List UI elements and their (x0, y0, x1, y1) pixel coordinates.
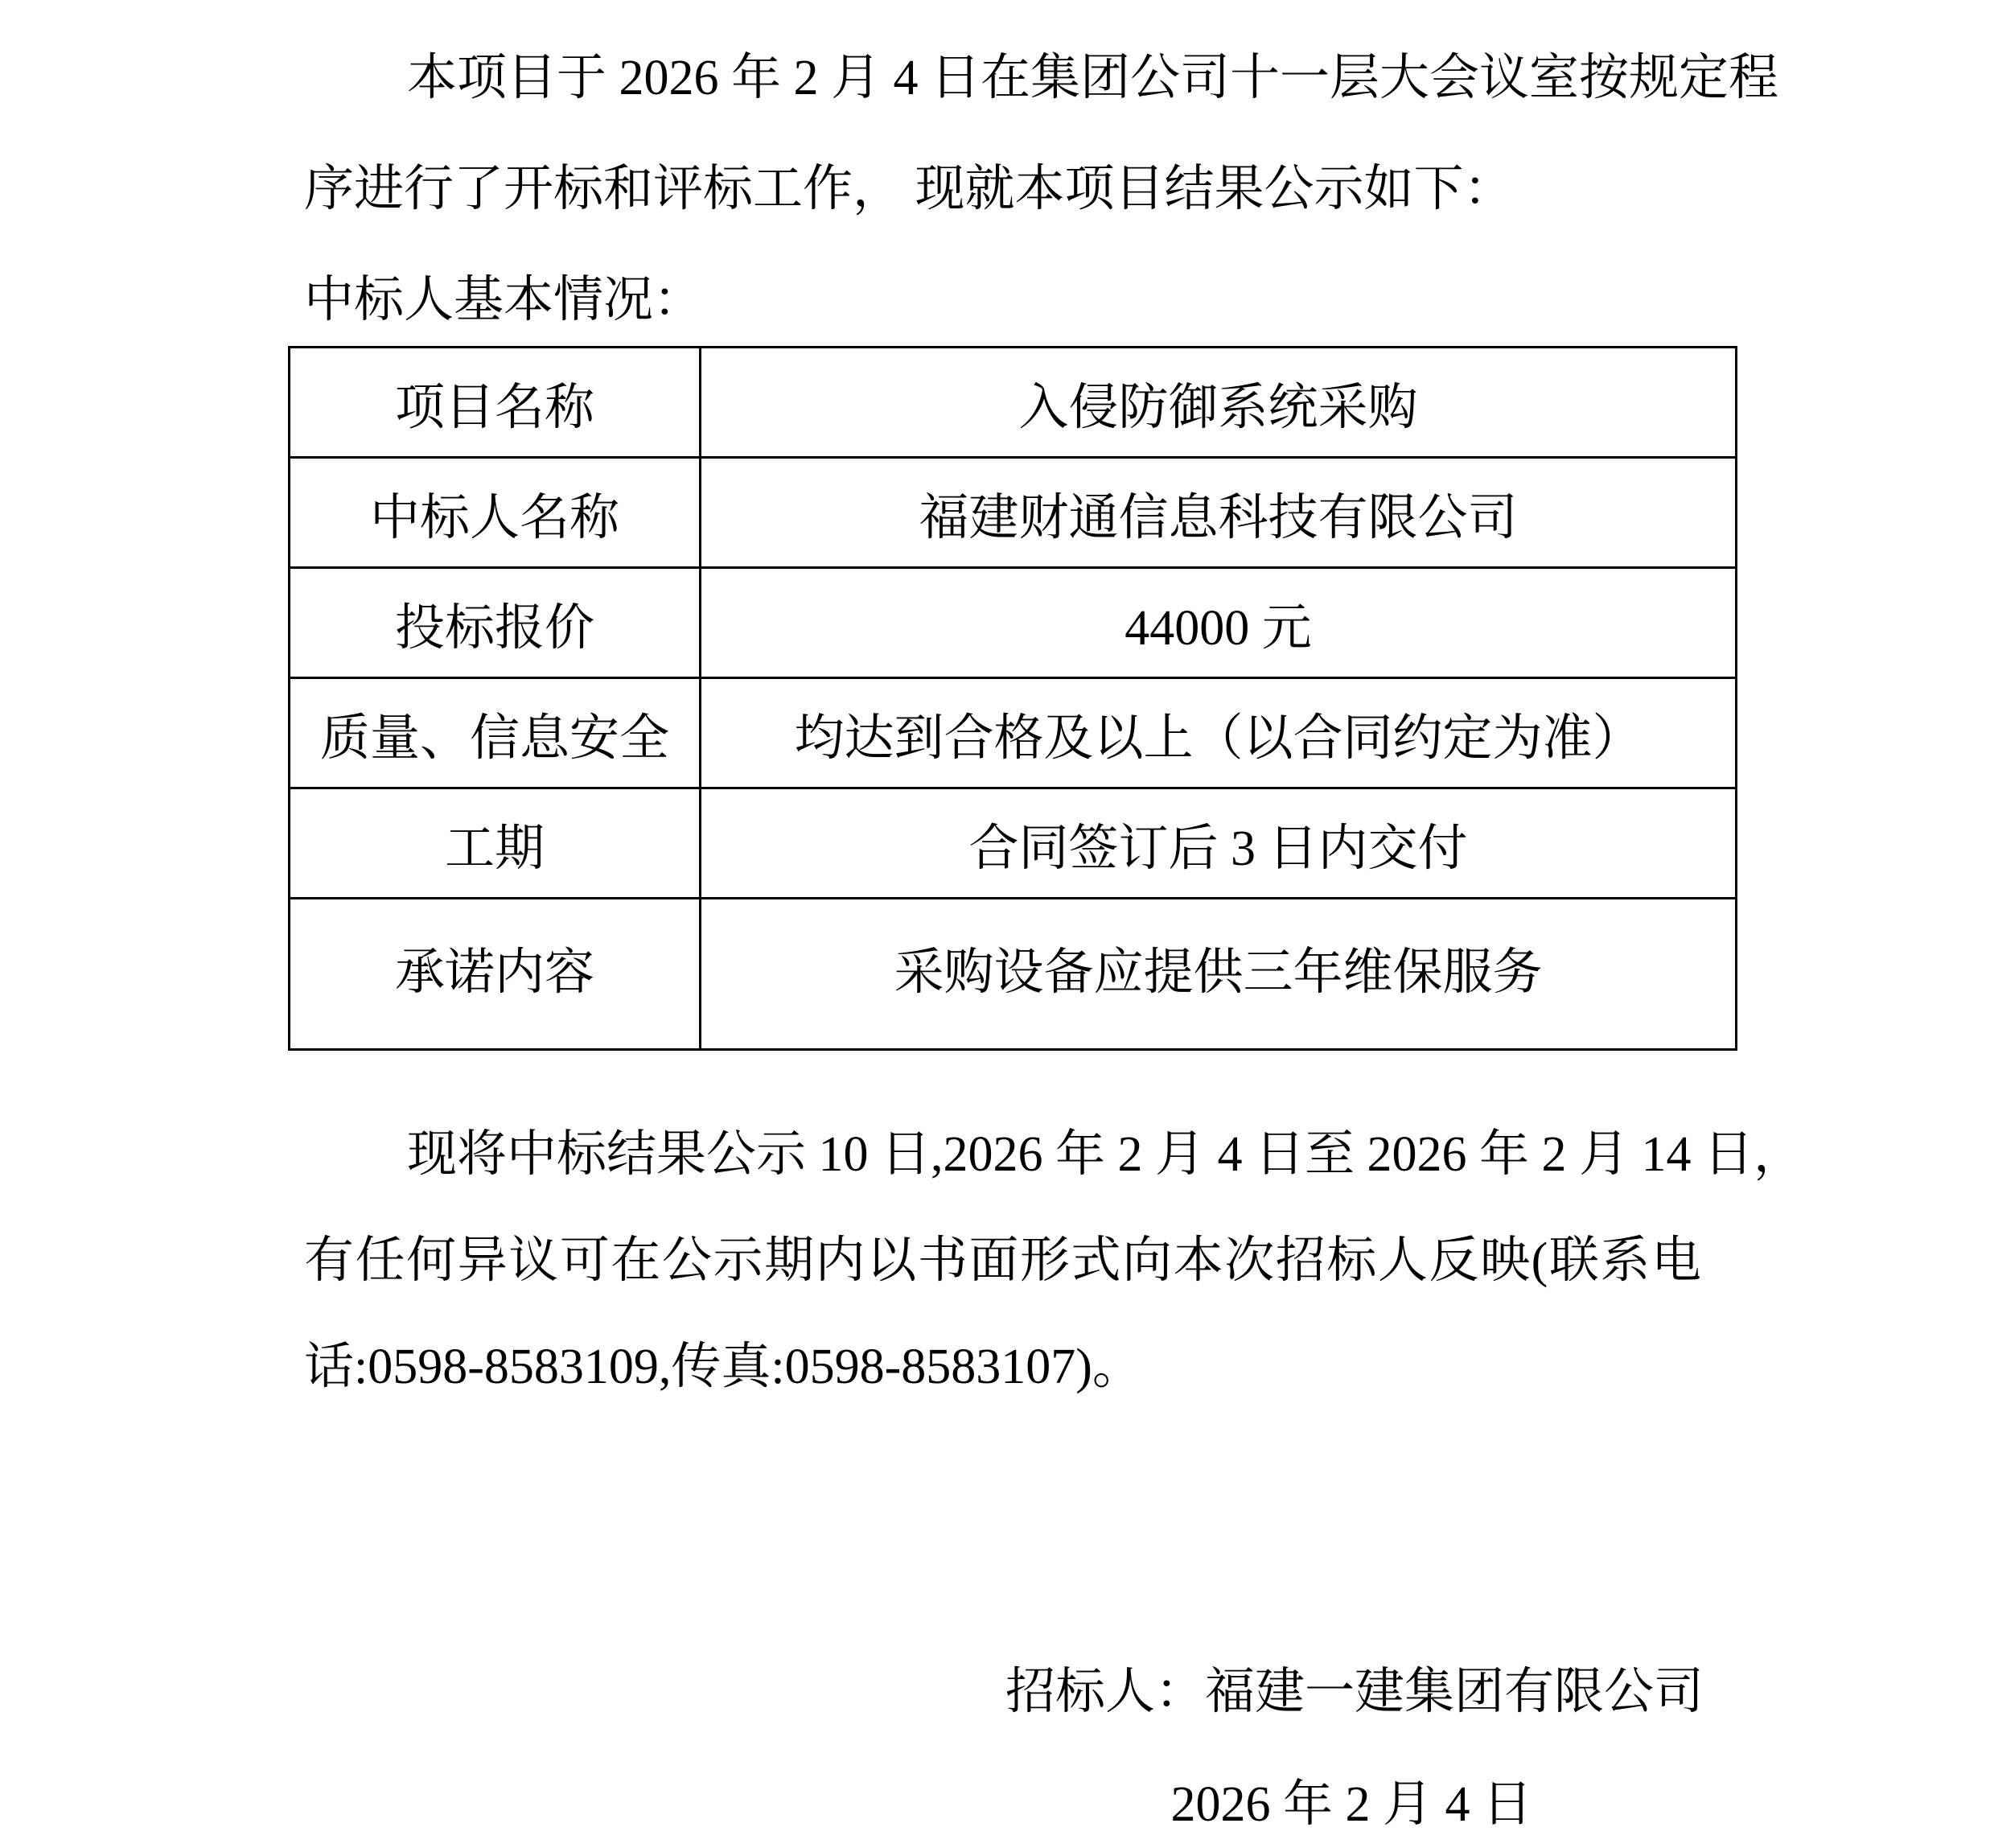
notice-line-2: 有任何异议可在公示期内以书面形式向本次招标人反映(联系电 (304, 1208, 1701, 1314)
row-label: 投标报价 (290, 568, 701, 678)
notice-paragraph: 现将中标结果公示 10 日,2026 年 2 月 4 日至 2026 年 2 月… (304, 1101, 1701, 1420)
intro-line-2: 序进行了开标和评标工作， 现就本项目结果公示如下： (304, 134, 1701, 245)
tenderer-signature: 招标人：福建一建集团有限公司 (1005, 1651, 1704, 1722)
row-value: 采购设备应提供三年维保服务 (701, 899, 1737, 1050)
signature-date: 2026 年 2 月 4 日 (1170, 1764, 1532, 1835)
table-row-commitment: 承诺内容 采购设备应提供三年维保服务 (290, 899, 1737, 1050)
table-row-bid-price: 投标报价 44000 元 (290, 568, 1737, 678)
intro-paragraph: 本项目于 2026 年 2 月 4 日在集团公司十一层大会议室按规定程 序进行了… (304, 23, 1701, 356)
bid-result-table: 项目名称 入侵防御系统采购 中标人名称 福建财通信息科技有限公司 投标报价 44… (288, 346, 1737, 1051)
notice-line-3: 话:0598-8583109,传真:0598-8583107)。 (304, 1314, 1701, 1420)
row-label: 承诺内容 (290, 899, 701, 1050)
row-value: 均达到合格及以上（以合同约定为准） (701, 678, 1737, 788)
row-label: 工期 (290, 788, 701, 899)
row-value: 福建财通信息科技有限公司 (701, 458, 1737, 568)
row-label: 项目名称 (290, 348, 701, 458)
table-row-project-name: 项目名称 入侵防御系统采购 (290, 348, 1737, 458)
document-page: 本项目于 2026 年 2 月 4 日在集团公司十一层大会议室按规定程 序进行了… (0, 0, 1990, 1848)
intro-line-3: 中标人基本情况： (304, 245, 1701, 356)
table-row-winner-name: 中标人名称 福建财通信息科技有限公司 (290, 458, 1737, 568)
row-value: 入侵防御系统采购 (701, 348, 1737, 458)
intro-line-1: 本项目于 2026 年 2 月 4 日在集团公司十一层大会议室按规定程 (304, 23, 1701, 134)
row-value: 44000 元 (701, 568, 1737, 678)
table-row-duration: 工期 合同签订后 3 日内交付 (290, 788, 1737, 899)
row-value: 合同签订后 3 日内交付 (701, 788, 1737, 899)
row-label: 质量、信息安全 (290, 678, 701, 788)
table-row-quality-security: 质量、信息安全 均达到合格及以上（以合同约定为准） (290, 678, 1737, 788)
row-label: 中标人名称 (290, 458, 701, 568)
notice-line-1: 现将中标结果公示 10 日,2026 年 2 月 4 日至 2026 年 2 月… (304, 1101, 1701, 1208)
